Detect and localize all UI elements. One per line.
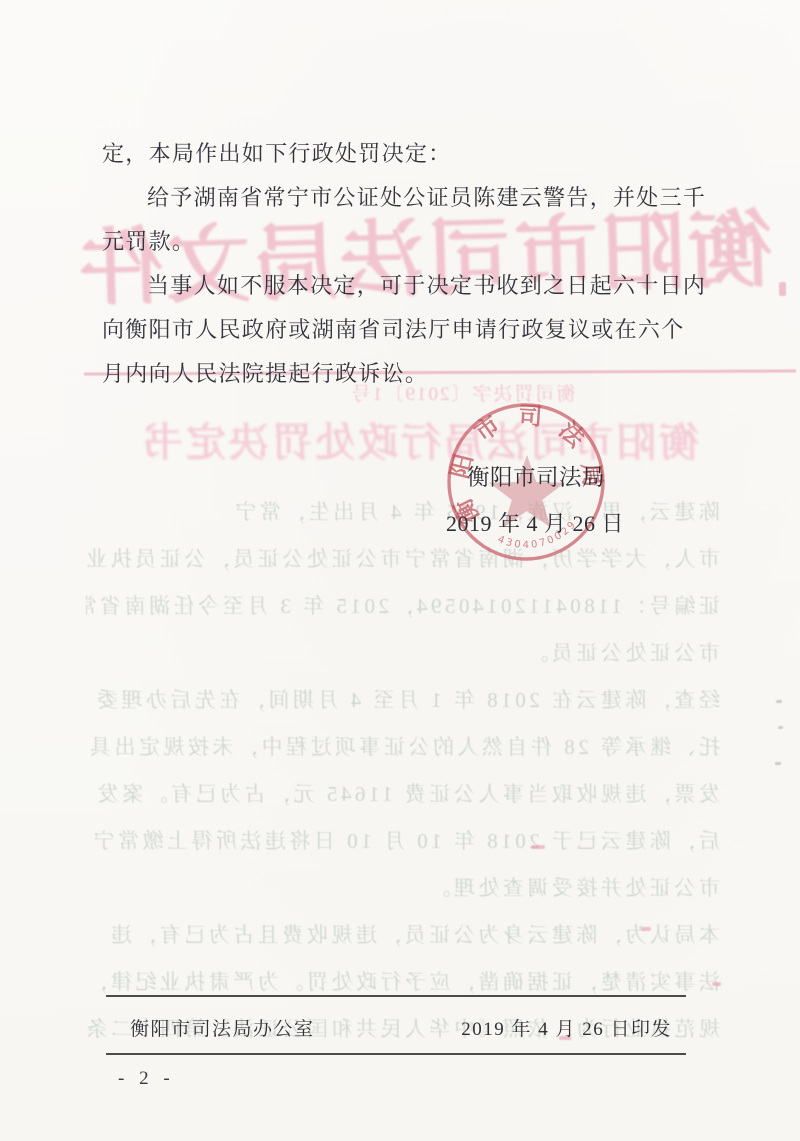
body-line: 月内向人民法院提起行政诉讼。 <box>102 352 708 396</box>
ghost-line: 本局认为，陈建云身为公证员，违规收费且占为已有，违 <box>86 912 720 959</box>
ghost-line: 陈建云，男，汉族，1975 年 4 月出生，常宁 <box>86 489 720 536</box>
document-page: 衡阳市司法局文件 衡司罚决字〔2019〕1号 衡阳市司法局行政处罚决定书 陈建云… <box>0 0 800 1141</box>
ghost-line: 托、继承等 28 件自然人的公证事项过程中，未按规定出具 <box>86 724 720 771</box>
body-line: 当事人如不服本决定，可于决定书收到之日起六十日内 <box>102 264 708 308</box>
footer-row: 衡阳市司法局办公室 2019 年 4 月 26 日印发 <box>106 1012 686 1048</box>
body-line: 给予湖南省常宁市公证处公证员陈建云警告，并处三千 <box>102 176 708 220</box>
ghost-line: 市公证处并接受调查处理。 <box>86 865 720 912</box>
signature-issuer: 衡阳市司法局 <box>467 462 605 494</box>
body-line: 定，本局作出如下行政处罚决定： <box>102 132 708 176</box>
ghost-line: 法事实清楚，证据确凿，应予行政处罚。为严肃执业纪律， <box>86 959 720 1006</box>
ghost-line: 市公证处公证员。 <box>86 630 720 677</box>
decision-body: 定，本局作出如下行政处罚决定： 给予湖南省常宁市公证处公证员陈建云警告，并处三千… <box>102 132 708 396</box>
body-line: 向衡阳市人民政府或湖南省司法厅申请行政复议或在六个 <box>102 308 708 352</box>
footer-office: 衡阳市司法局办公室 <box>106 1012 315 1048</box>
ghost-body-text: 陈建云，男，汉族，1975 年 4 月出生，常宁 市人，大学学历，湖南省常宁市公… <box>86 489 720 1053</box>
scan-speck <box>641 927 651 931</box>
scan-speck <box>779 282 786 296</box>
ghost-line: 后，陈建云已于 2018 年 10 月 10 日将违法所得上缴常宁 <box>86 818 720 865</box>
ghost-line: 市人，大学学历，湖南省常宁市公证处公证员，公证员执业 <box>86 536 720 583</box>
footer-print-date: 2019 年 4 月 26 日印发 <box>461 1012 686 1048</box>
scan-speck <box>531 845 545 849</box>
scan-speck <box>712 982 721 986</box>
page-number: - 2 - <box>118 1068 175 1090</box>
signature-date: 2019 年 4 月 26 日 <box>446 508 624 540</box>
body-line: 元罚款。 <box>102 220 708 264</box>
footer-divider-top <box>106 995 686 997</box>
ghost-line: 发票，违规收取当事人公证费 11645 元，占为已有。案发 <box>86 771 720 818</box>
ghost-line: 证编号：118041120140594，2015 年 3 月至今任湖南省常宁 <box>86 583 720 630</box>
scan-speck <box>778 726 783 729</box>
ghost-line: 经查，陈建云在 2018 年 1 月至 4 月期间，在先后办理委 <box>86 677 720 724</box>
scan-speck <box>775 762 781 765</box>
scan-speck <box>776 700 782 703</box>
footer-divider-bottom <box>106 1053 686 1055</box>
